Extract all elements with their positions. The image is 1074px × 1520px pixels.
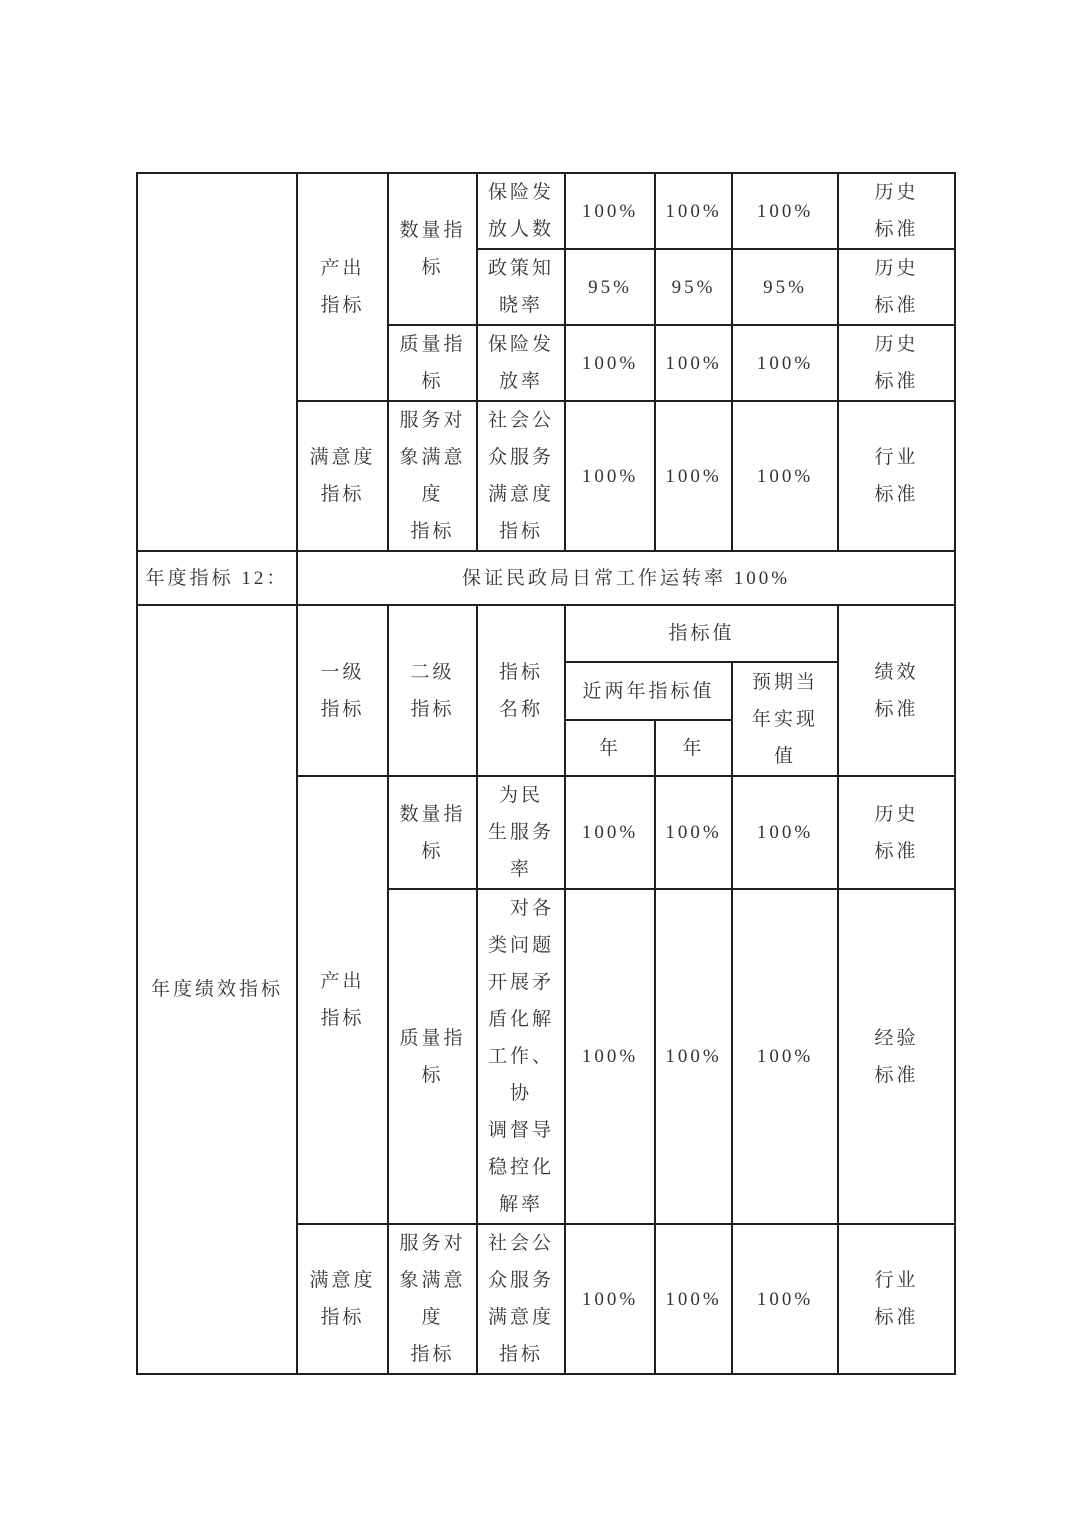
carryover-left-cell xyxy=(137,173,297,551)
level2-indicator-cell: 数量指 标 xyxy=(388,776,477,889)
value-year2-cell: 100% xyxy=(655,889,732,1224)
standard-cell: 行业 标准 xyxy=(838,1224,955,1374)
annual-indicator-content: 保证民政局日常工作运转率 100% xyxy=(297,551,955,605)
standard-cell: 历史 标准 xyxy=(838,776,955,889)
value-year1-cell: 100% xyxy=(565,889,655,1224)
value-year1-cell: 100% xyxy=(565,173,655,249)
standard-cell: 行业 标准 xyxy=(838,401,955,551)
value-year2-cell: 100% xyxy=(655,173,732,249)
header-recent-two-years: 近两年指标值 xyxy=(565,662,732,720)
value-year2-cell: 100% xyxy=(655,325,732,401)
value-year1-cell: 100% xyxy=(565,776,655,889)
document-page: 产出 指标 数量指 标 保险发 放人数 100% 100% 100% 历史 标准… xyxy=(0,0,1074,1520)
header-expected-current-year: 预期当 年实现 值 xyxy=(732,662,838,776)
standard-cell: 历史 标准 xyxy=(838,325,955,401)
header-performance-standard: 绩效 标准 xyxy=(838,605,955,776)
indicator-name-cell: 对各 类问题 开展矛 盾化解 工作、协 调督导 稳控化 解率 xyxy=(477,889,565,1224)
level2-indicator-cell: 数量指 标 xyxy=(388,173,477,325)
standard-cell: 历史 标准 xyxy=(838,173,955,249)
indicator-name-cell: 社会公 众服务 满意度 指标 xyxy=(477,1224,565,1374)
header-year2: 年 xyxy=(655,720,732,776)
expected-value-cell: 100% xyxy=(732,776,838,889)
header-level1: 一级 指标 xyxy=(297,605,388,776)
value-year1-cell: 95% xyxy=(565,249,655,325)
level2-indicator-cell: 服务对 象满意 度 指标 xyxy=(388,401,477,551)
level1-indicator-cell: 产出 指标 xyxy=(297,173,388,401)
indicator-name-cell: 社会公 众服务 满意度 指标 xyxy=(477,401,565,551)
annual-indicator-label: 年度指标 12： xyxy=(137,551,297,605)
level1-indicator-cell: 满意度 指标 xyxy=(297,401,388,551)
header-level2: 二级 指标 xyxy=(388,605,477,776)
value-year2-cell: 100% xyxy=(655,401,732,551)
indicator-name-cell: 为民 生服务 率 xyxy=(477,776,565,889)
table-row: 产出 指标 数量指 标 保险发 放人数 100% 100% 100% 历史 标准 xyxy=(137,173,955,249)
expected-value-cell: 95% xyxy=(732,249,838,325)
section-left-label: 年度绩效指标 xyxy=(137,605,297,1374)
expected-value-cell: 100% xyxy=(732,173,838,249)
standard-cell: 历史 标准 xyxy=(838,249,955,325)
level2-indicator-cell: 质量指 标 xyxy=(388,325,477,401)
level2-indicator-cell: 质量指 标 xyxy=(388,889,477,1224)
indicator-name-cell: 保险发 放率 xyxy=(477,325,565,401)
value-year1-cell: 100% xyxy=(565,401,655,551)
level2-indicator-cell: 服务对 象满意 度 指标 xyxy=(388,1224,477,1374)
expected-value-cell: 100% xyxy=(732,889,838,1224)
value-year2-cell: 95% xyxy=(655,249,732,325)
indicator-name-cell: 政策知 晓率 xyxy=(477,249,565,325)
value-year1-cell: 100% xyxy=(565,325,655,401)
header-year1: 年 xyxy=(565,720,655,776)
indicator-name-cell: 保险发 放人数 xyxy=(477,173,565,249)
standard-cell: 经验 标准 xyxy=(838,889,955,1224)
header-indicator-value-group: 指标值 xyxy=(565,605,838,662)
expected-value-cell: 100% xyxy=(732,325,838,401)
expected-value-cell: 100% xyxy=(732,1224,838,1374)
expected-value-cell: 100% xyxy=(732,401,838,551)
header-row-1: 年度绩效指标 一级 指标 二级 指标 指标 名称 指标值 绩效 标准 xyxy=(137,605,955,662)
level1-indicator-cell: 满意度 指标 xyxy=(297,1224,388,1374)
value-year1-cell: 100% xyxy=(565,1224,655,1374)
annual-indicator-row: 年度指标 12： 保证民政局日常工作运转率 100% xyxy=(137,551,955,605)
level1-indicator-cell: 产出 指标 xyxy=(297,776,388,1224)
value-year2-cell: 100% xyxy=(655,1224,732,1374)
performance-indicator-table: 产出 指标 数量指 标 保险发 放人数 100% 100% 100% 历史 标准… xyxy=(136,172,956,1375)
value-year2-cell: 100% xyxy=(655,776,732,889)
header-indicator-name: 指标 名称 xyxy=(477,605,565,776)
